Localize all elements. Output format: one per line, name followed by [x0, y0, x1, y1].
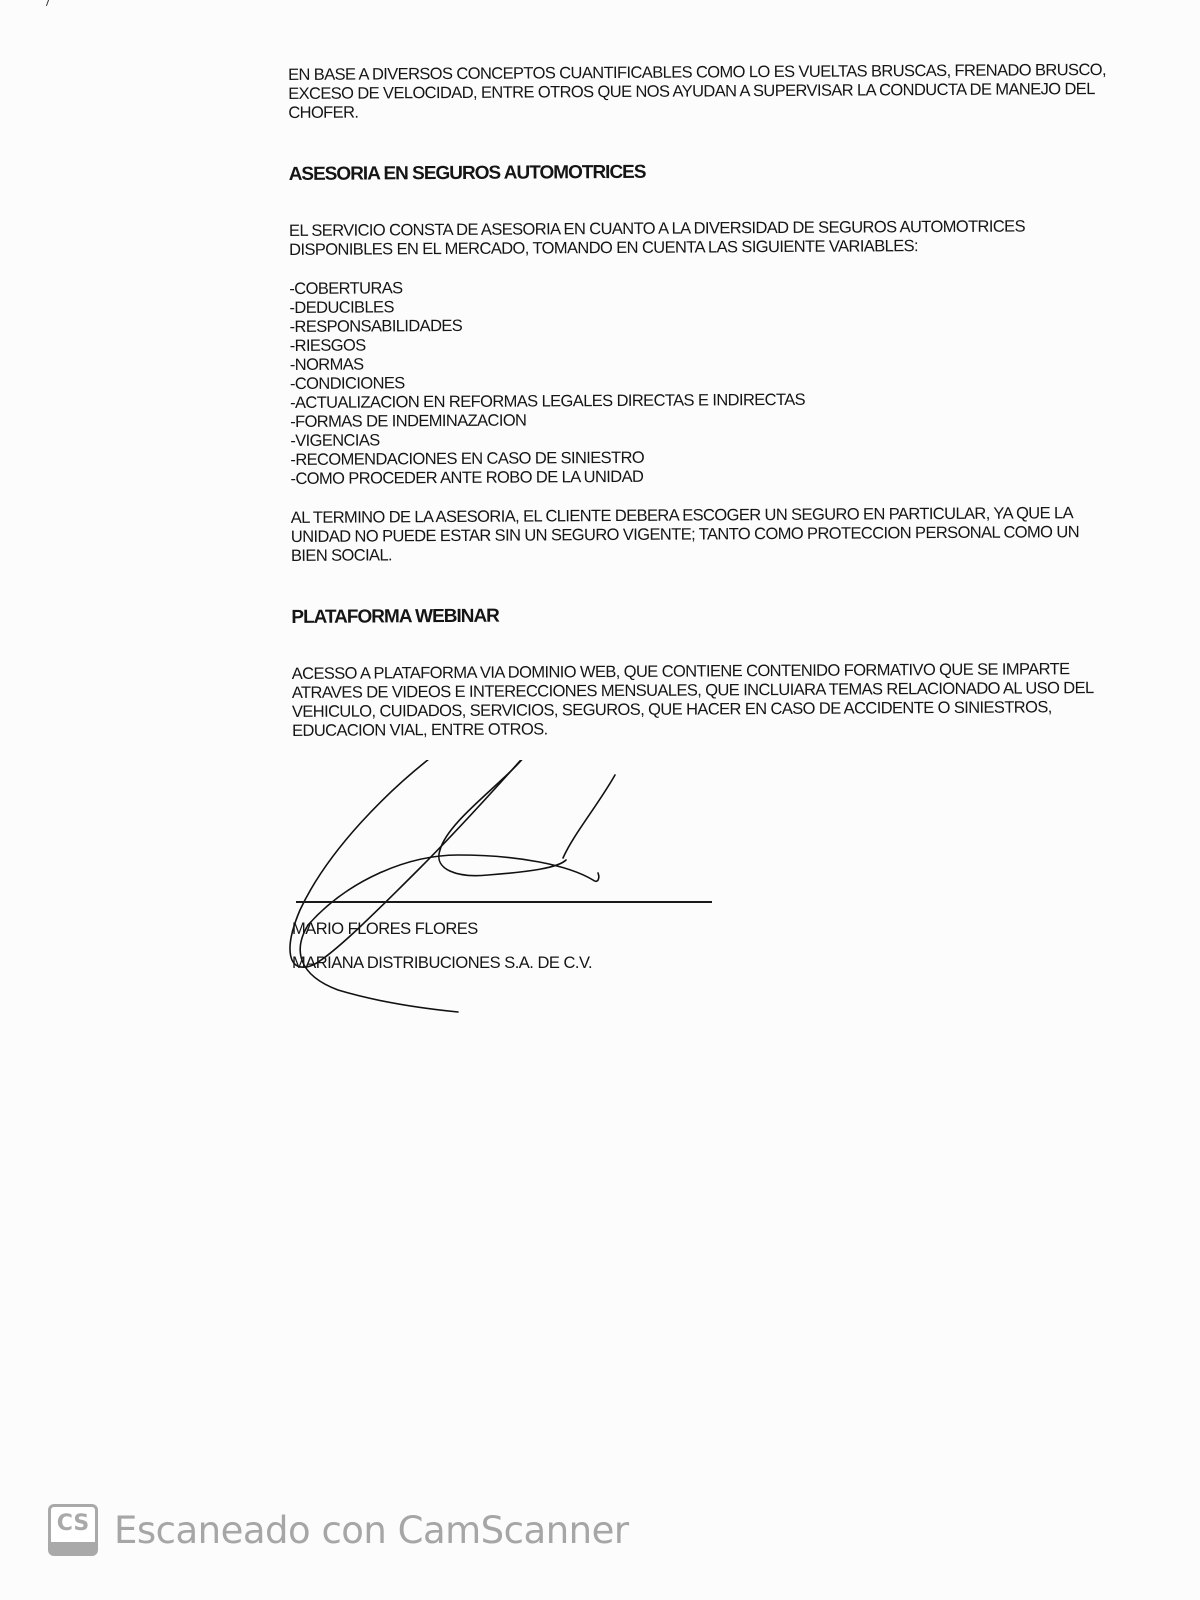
signer-company: MARIANA DISTRIBUCIONES S.A. DE C.V. [292, 954, 592, 973]
watermark-text: Escaneado con CamScanner [114, 1509, 629, 1552]
page-corner-mark [46, 0, 61, 9]
camscanner-logo-icon: CS [48, 1504, 98, 1556]
variables-list: -COBERTURAS -DEDUCIBLES -RESPONSABILIDAD… [289, 275, 1110, 489]
document-body: EN BASE A DIVERSOS CONCEPTOS CUANTIFICAB… [288, 61, 1112, 741]
section-paragraph-webinar: ACESSO A PLATAFORMA VIA DOMINIO WEB, QUE… [292, 660, 1112, 741]
section-paragraph-seguros: EL SERVICIO CONSTA DE ASESORIA EN CUANTO… [289, 217, 1109, 260]
handwritten-signature [288, 760, 718, 1020]
signature-line [296, 901, 712, 903]
signature-block: MARIO FLORES FLORES MARIANA DISTRIBUCION… [288, 760, 718, 1020]
camscanner-watermark: CS Escaneado con CamScanner [48, 1503, 629, 1557]
section-closing-seguros: AL TERMINO DE LA ASESORIA, EL CLIENTE DE… [291, 504, 1111, 566]
intro-paragraph: EN BASE A DIVERSOS CONCEPTOS CUANTIFICAB… [288, 61, 1108, 123]
signer-name: MARIO FLORES FLORES [292, 920, 478, 939]
